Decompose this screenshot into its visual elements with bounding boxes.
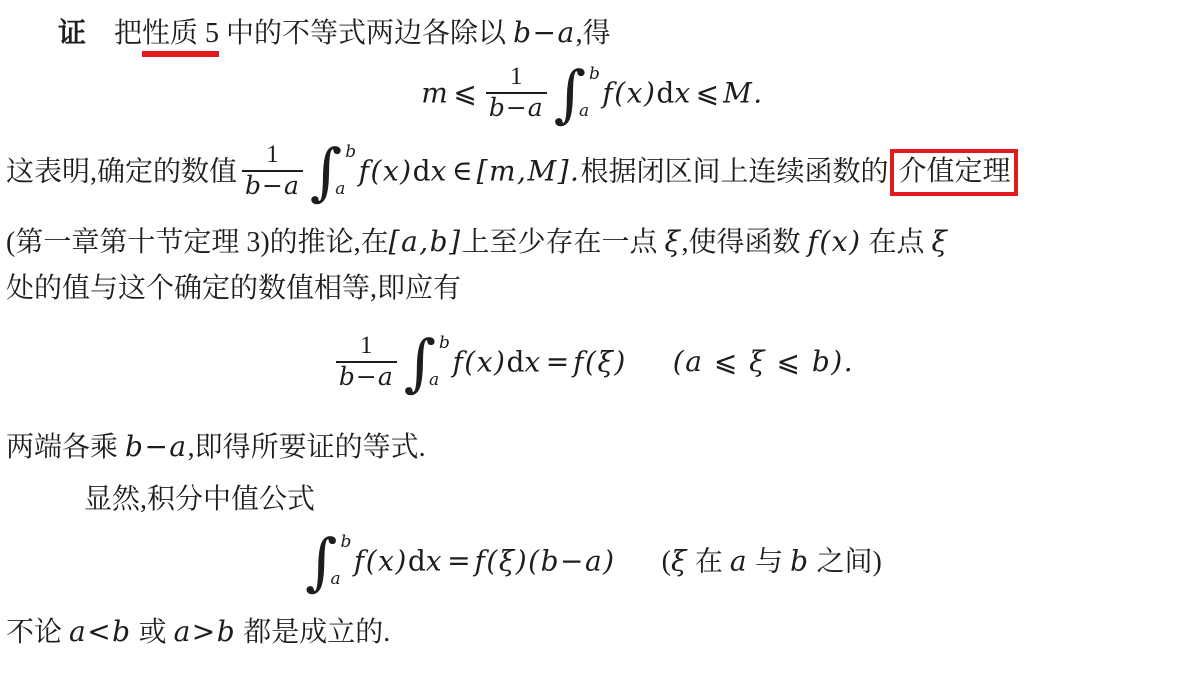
text-run: 不论 [6,617,69,648]
display-formula-mean-value-product: ∫baf(x)dx=f(ξ)(b−a)(ξ 在 a 与 b 之间) [6,529,1179,599]
text-run: 与 [748,546,790,577]
integral-lower-limit: a [579,99,591,125]
paragraph-line: 这表明,确定的数值1b−a∫baf(x)dx∈[m,M].根据闭区间上连续函数的… [6,139,1179,209]
math-run: f(ξ) [573,345,627,378]
math-run: ξ [671,544,688,577]
red-underlined-term: 性质 5 [142,18,219,57]
math-run: b [790,544,809,577]
fraction-denominator: b−a [336,361,397,392]
fraction-denominator: b−a [486,92,547,123]
integral-lower-limit: a [330,567,342,593]
text-run: 在点 [862,227,932,258]
math-run: b−a [125,430,188,463]
element-of-operator: ∈ [448,154,477,187]
differential-d: d [408,544,426,577]
math-run: f(ξ)(b−a) [475,544,616,577]
integral: ∫ba [305,529,348,595]
integral-upper-limit: b [345,140,357,166]
integrand: f(x) [354,544,408,577]
text-run: 中的不等式两边各除以 [219,18,513,49]
integral-limits: ba [335,529,347,595]
text-run: 处的值与这个确定的数值相等,即应有 [6,273,461,304]
text-run: 根据闭区间上连续函数的 [580,156,888,187]
paragraph-line: 不论 a<b 或 a>b 都是成立的. [6,611,1179,654]
condition-open-paren: ( [662,546,671,577]
differential-var: x [674,76,691,109]
display-formula-mean-value: 1b−a∫baf(x)dx=f(ξ)(a ⩽ ξ ⩽ b). [6,330,1179,400]
integral-lower-limit: a [429,368,441,394]
integral-limits: ba [340,139,352,205]
text-run: ,即得所要证的等式. [188,432,426,463]
fraction: 1b−a [336,332,397,392]
math-run: ξ [665,225,682,258]
math-run: f(x) [807,225,861,258]
fraction-denominator: b−a [242,170,303,201]
fraction-numerator: 1 [486,63,547,92]
integral-limits: ba [434,330,446,396]
integral-upper-limit: b [439,331,451,357]
differential-var: x [524,345,541,378]
condition-run: (a ⩽ ξ ⩽ b). [673,345,854,378]
integral-lower-limit: a [335,177,347,203]
math-run: ξ [932,225,949,258]
leq-operator: ⩽ [449,76,480,109]
math-run: M. [723,76,764,109]
text-run: 这表明,确定的数值 [6,156,237,187]
differential-var: x [426,544,443,577]
integral-upper-limit: b [340,530,352,556]
integral-limits: ba [584,61,596,127]
equals-operator: = [443,544,474,577]
fraction-numerator: 1 [336,332,397,361]
paragraph-line: 两端各乘 b−a,即得所要证的等式. [6,426,1179,469]
math-run: a<b [69,615,132,648]
fraction-numerator: 1 [242,141,303,170]
textbook-page: 证把性质 5 中的不等式两边各除以 b−a,得 m⩽1b−a∫baf(x)dx⩽… [0,0,1183,683]
differential-d: d [656,76,674,109]
integral: ∫ba [554,61,597,127]
proof-opening-line: 证把性质 5 中的不等式两边各除以 b−a,得 [6,12,1179,55]
text-run: 上至少存在一点 [462,227,665,258]
integrand: f(x) [452,345,506,378]
integral: ∫ba [310,139,353,205]
text-run: ,得 [576,18,611,49]
text-run: 两端各乘 [6,432,125,463]
math-run: b−a [513,16,576,49]
interval-run: [m,M]. [477,154,581,187]
text-run: 把 [114,18,142,49]
math-run: a>b [174,615,237,648]
paragraph-line: 显然,积分中值公式 [6,479,1179,521]
red-boxed-term: 介值定理 [890,149,1018,196]
paragraph-line: (第一章第十节定理 3)的推论,在[a,b]上至少存在一点 ξ,使得函数 f(x… [6,221,1179,264]
differential-d: d [413,154,431,187]
equals-operator: = [542,345,573,378]
text-run: ,使得函数 [681,227,807,258]
integral-upper-limit: b [589,62,601,88]
fraction: 1b−a [486,63,547,123]
integrand: f(x) [602,76,656,109]
fraction: 1b−a [242,141,303,201]
integrand: f(x) [359,154,413,187]
proof-label: 证 [58,17,86,48]
math-run: m [421,76,449,109]
text-run: 之间) [810,546,882,577]
text-run: (第一章第十节定理 3)的推论,在 [6,227,389,258]
math-run: [a,b] [389,225,462,258]
integral: ∫ba [404,330,447,396]
text-run: 在 [688,546,730,577]
differential-var: x [431,154,448,187]
math-run: a [730,544,748,577]
display-formula-bounds: m⩽1b−a∫baf(x)dx⩽M. [6,61,1179,131]
text-run: 都是成立的. [236,617,390,648]
text-run: 或 [132,617,174,648]
paragraph-line: 处的值与这个确定的数值相等,即应有 [6,268,1179,310]
text-run: 显然,积分中值公式 [84,484,315,515]
differential-d: d [506,345,524,378]
leq-operator: ⩽ [692,76,723,109]
